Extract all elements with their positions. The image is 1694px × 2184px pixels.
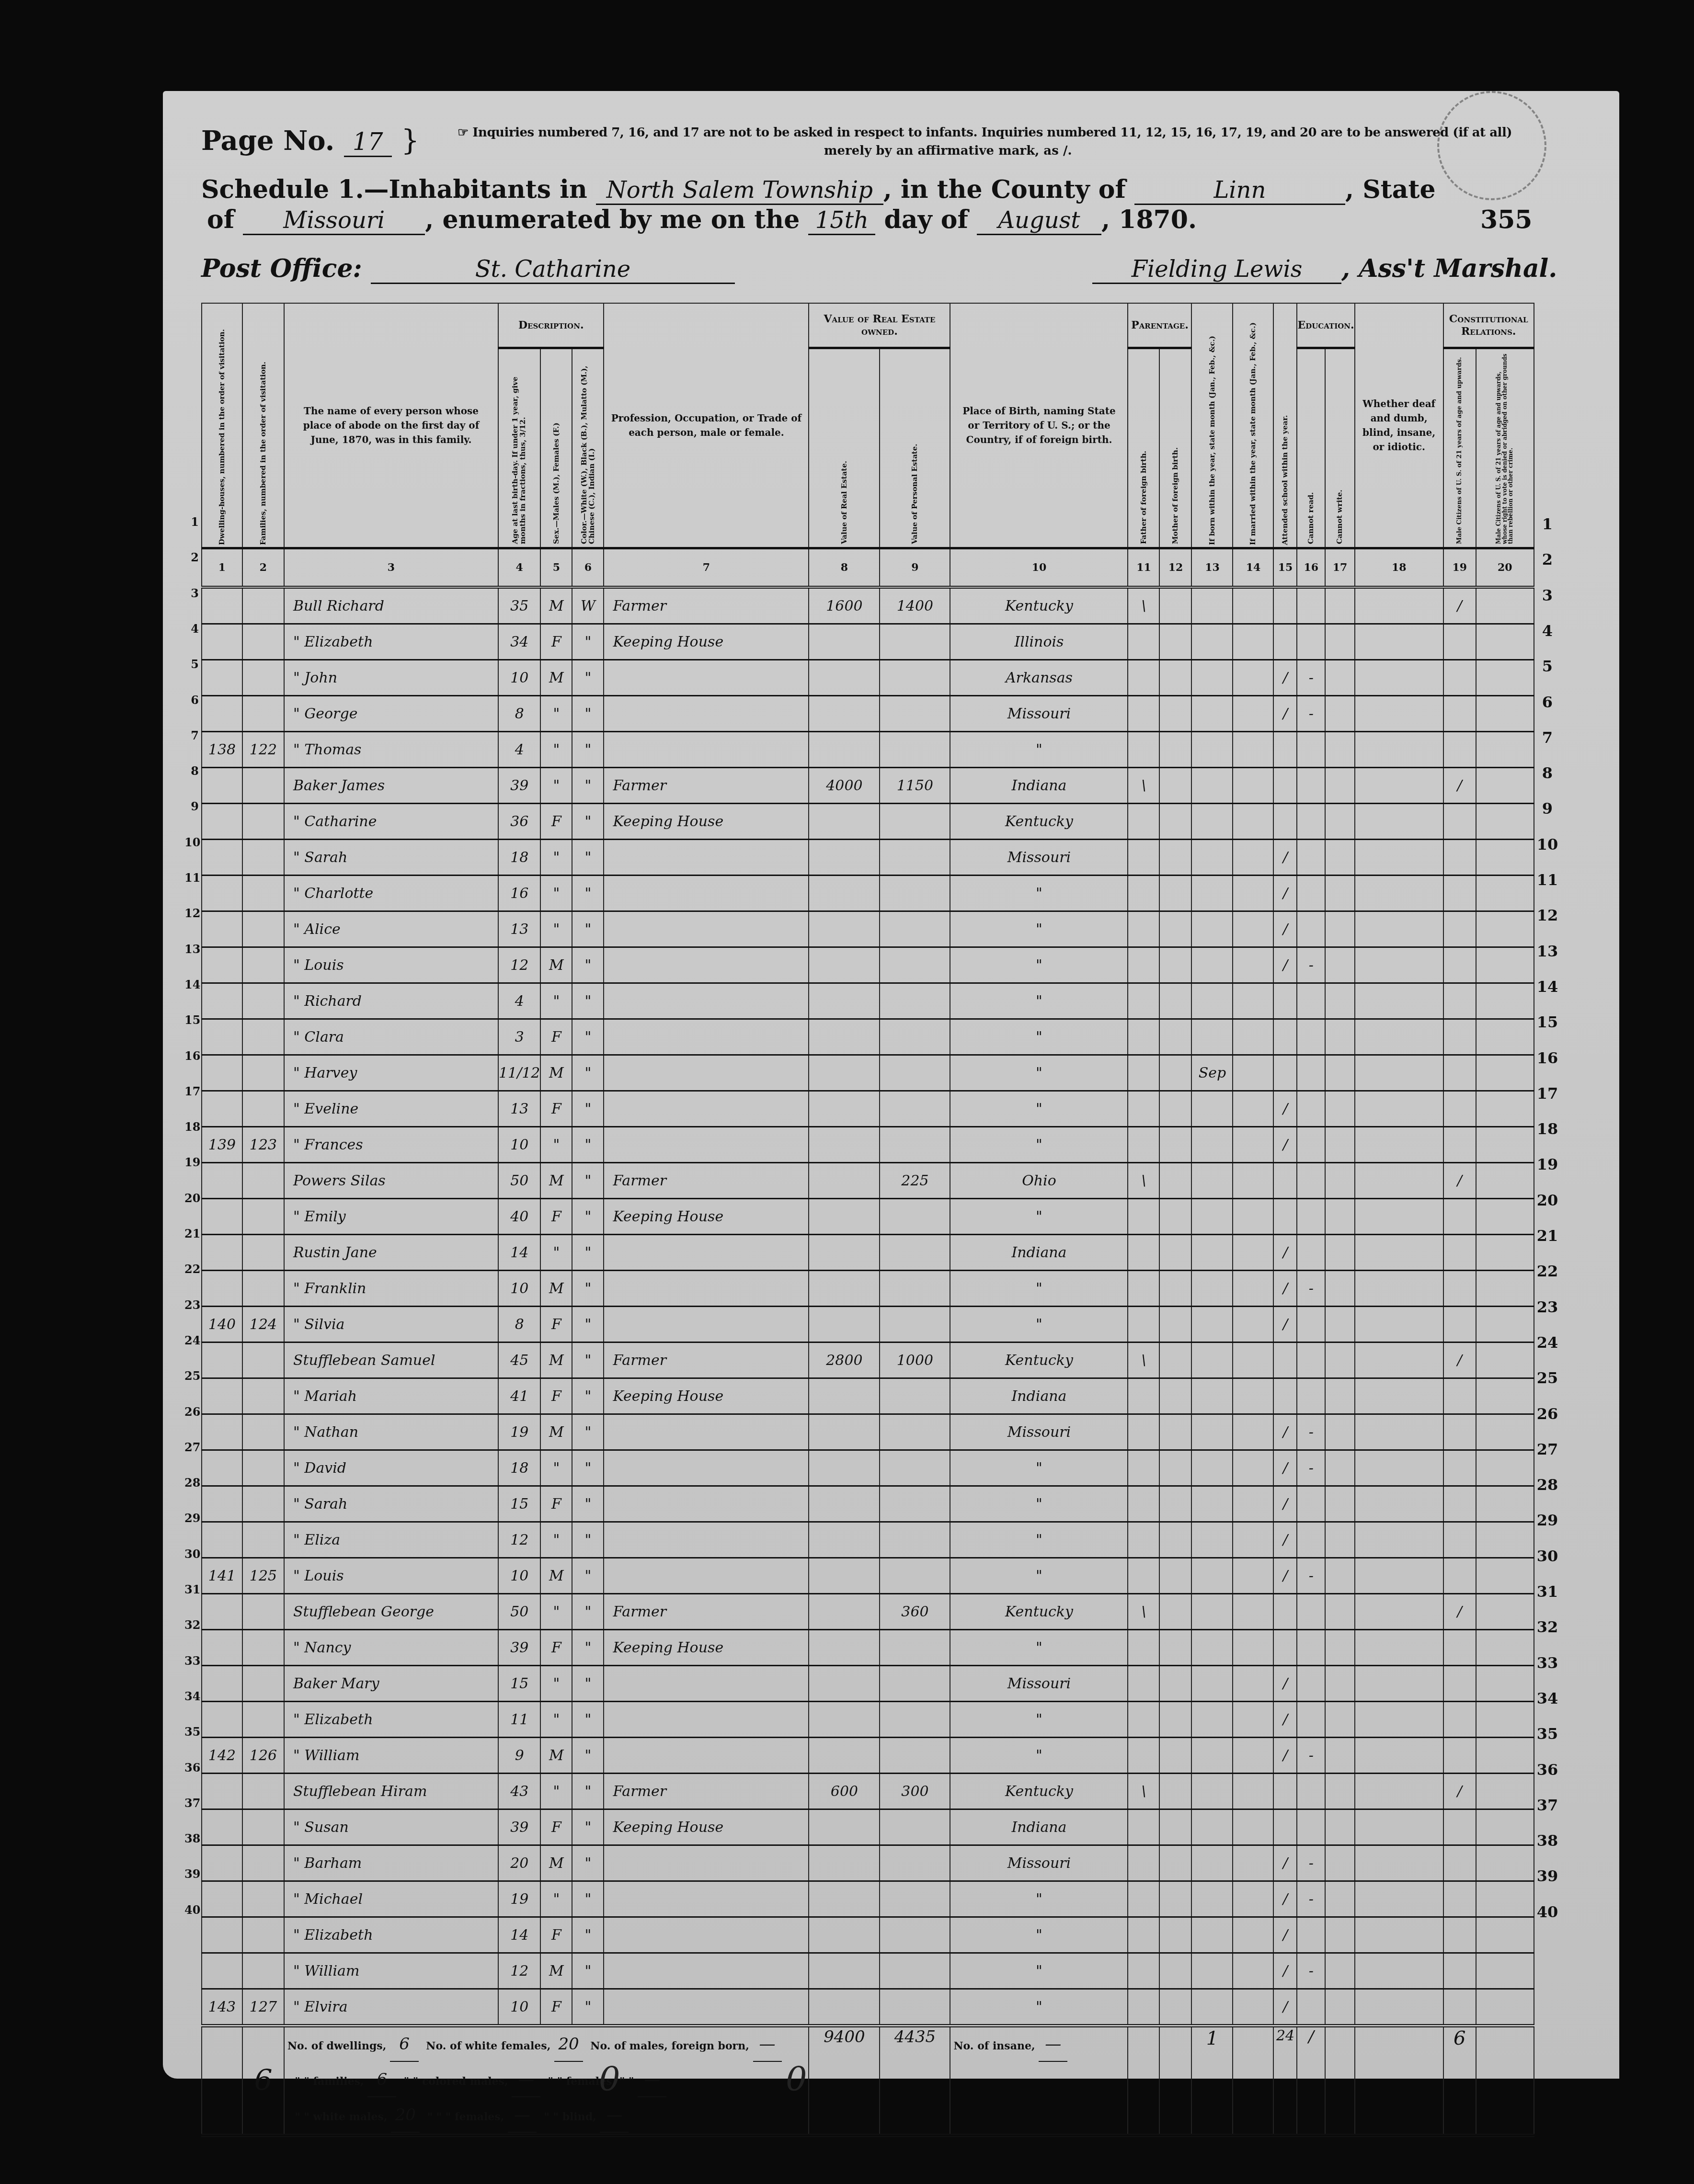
mother-foreign	[1159, 1342, 1191, 1378]
cannot-read-mark: -	[1297, 1953, 1325, 1989]
cannot-read-mark	[1297, 1594, 1325, 1630]
father-foreign-mark: \	[1128, 1594, 1159, 1630]
person-name: Rustin Jane	[284, 1235, 498, 1271]
dwelling-number	[202, 624, 242, 660]
occupation	[604, 1989, 809, 2026]
born-within-year	[1191, 1163, 1233, 1199]
father-foreign-mark	[1128, 1127, 1159, 1163]
line-number-left: 26	[184, 1405, 199, 1419]
family-number	[242, 911, 284, 947]
married-within-year	[1233, 660, 1273, 696]
occupation	[604, 840, 809, 876]
deaf-blind-insane	[1355, 624, 1443, 660]
born-within-year	[1191, 1738, 1233, 1774]
deaf-blind-insane	[1355, 1845, 1443, 1881]
personal-estate-value	[880, 1235, 950, 1271]
married-within-year	[1233, 1953, 1273, 1989]
cannot-read-mark	[1297, 1809, 1325, 1845]
attended-school-mark: /	[1273, 696, 1297, 732]
person-name: " Alice	[284, 911, 498, 947]
born-within-year	[1191, 1019, 1233, 1055]
real-estate-value	[809, 1199, 880, 1235]
color: "	[572, 696, 604, 732]
deaf-blind-insane	[1355, 1774, 1443, 1809]
summary-col18	[1355, 2026, 1443, 2136]
attended-school-mark: /	[1273, 840, 1297, 876]
family-number	[242, 1342, 284, 1378]
line-number-right: 19	[1533, 1155, 1562, 1173]
attended-school-mark: /	[1273, 1307, 1297, 1342]
cannot-read-mark	[1297, 1702, 1325, 1738]
color: "	[572, 1666, 604, 1702]
birthplace: Kentucky	[950, 1774, 1128, 1809]
occupation: Farmer	[604, 1342, 809, 1378]
born-within-year	[1191, 1845, 1233, 1881]
father-foreign-mark	[1128, 1702, 1159, 1738]
line-number-right: 31	[1533, 1582, 1562, 1601]
age: 15	[498, 1666, 540, 1702]
personal-estate-value: 1000	[880, 1342, 950, 1378]
birthplace: Missouri	[950, 1845, 1128, 1881]
attended-school-mark: /	[1273, 1738, 1297, 1774]
males-foreign-label: No. of males, foreign born,	[590, 2040, 749, 2052]
attended-school-mark	[1273, 1378, 1297, 1414]
column-header-row: Dwelling-houses, numbered in the order o…	[202, 303, 1534, 348]
sex: F	[540, 1486, 572, 1522]
families-label: " " families,	[295, 2075, 364, 2088]
color: "	[572, 660, 604, 696]
birthplace: "	[950, 1702, 1128, 1738]
occupation	[604, 1953, 809, 1989]
male-citizen-mark	[1443, 732, 1476, 768]
blind-label: " " blind,	[544, 2111, 596, 2123]
color: "	[572, 840, 604, 876]
sex: M	[540, 947, 572, 983]
cannot-read-mark	[1297, 1917, 1325, 1953]
person-name: " Thomas	[284, 732, 498, 768]
dwelling-number	[202, 1845, 242, 1881]
attended-school-mark: /	[1273, 1091, 1297, 1127]
color: "	[572, 1127, 604, 1163]
personal-estate-value	[880, 804, 950, 840]
line-number-right: 2	[1533, 550, 1562, 569]
family-number	[242, 804, 284, 840]
sex: M	[540, 1845, 572, 1881]
attended-school-mark: /	[1273, 1702, 1297, 1738]
table-row: Bull Richard35MWFarmer16001400Kentucky\/	[202, 587, 1534, 624]
line-number-right: 26	[1533, 1405, 1562, 1423]
attended-school-mark: /	[1273, 1127, 1297, 1163]
color: "	[572, 1845, 604, 1881]
cannot-write	[1325, 1378, 1354, 1414]
sex: M	[540, 587, 572, 624]
cannot-read-mark	[1297, 876, 1325, 911]
col-header-13: If born within the year, state month (Ja…	[1191, 303, 1233, 548]
birthplace: "	[950, 1055, 1128, 1091]
birthplace: Indiana	[950, 1378, 1128, 1414]
dwelling-number	[202, 1414, 242, 1450]
dwelling-number	[202, 696, 242, 732]
personal-estate-value	[880, 1055, 950, 1091]
father-foreign-mark	[1128, 1881, 1159, 1917]
table-row: " David18"""/-	[202, 1450, 1534, 1486]
mother-foreign	[1159, 1702, 1191, 1738]
family-number	[242, 1378, 284, 1414]
cannot-read-mark	[1297, 840, 1325, 876]
father-foreign-mark	[1128, 1019, 1159, 1055]
male-citizen-mark: /	[1443, 1163, 1476, 1199]
real-estate-total: 9400	[809, 2026, 880, 2136]
col-header-11: Father of foreign birth.	[1128, 348, 1159, 548]
mother-foreign	[1159, 696, 1191, 732]
col-label-13: If born within the year, state month (Ja…	[1208, 304, 1217, 547]
table-row: " Susan39F"Keeping HouseIndiana	[202, 1809, 1534, 1845]
brace: }	[401, 124, 419, 157]
column-number-row: 1234567891011121314151617181920	[202, 548, 1534, 588]
occupation	[604, 947, 809, 983]
table-row: 138122" Thomas4"""	[202, 732, 1534, 768]
occupation	[604, 1845, 809, 1881]
mother-foreign	[1159, 1414, 1191, 1450]
color: "	[572, 1019, 604, 1055]
married-within-year	[1233, 1666, 1273, 1702]
born-within-year	[1191, 1307, 1233, 1342]
male-citizen-mark	[1443, 1450, 1476, 1486]
col-label-20: Male Citizens of U. S. of 21 years of ag…	[1495, 351, 1515, 546]
birthplace: Ohio	[950, 1163, 1128, 1199]
birthplace: "	[950, 1199, 1128, 1235]
cannot-write	[1325, 947, 1354, 983]
sex: "	[540, 1522, 572, 1558]
real-estate-value	[809, 660, 880, 696]
age: 14	[498, 1235, 540, 1271]
color: "	[572, 1271, 604, 1307]
mother-foreign	[1159, 1091, 1191, 1127]
mother-foreign	[1159, 1199, 1191, 1235]
schedule-line: Schedule 1.—Inhabitants in North Salem T…	[201, 175, 1436, 205]
married-within-year	[1233, 587, 1273, 624]
family-number	[242, 624, 284, 660]
real-estate-value	[809, 1486, 880, 1522]
personal-estate-value	[880, 1845, 950, 1881]
male-citizen-mark	[1443, 1091, 1476, 1127]
vote-denied	[1476, 1414, 1534, 1450]
born-within-year	[1191, 947, 1233, 983]
page-number-value: 17	[344, 128, 392, 157]
column-number-10: 10	[950, 548, 1128, 588]
line-number-right: 9	[1533, 799, 1562, 818]
color: "	[572, 1774, 604, 1809]
dwelling-number: 141	[202, 1558, 242, 1594]
family-number	[242, 587, 284, 624]
family-number	[242, 1881, 284, 1917]
real-estate-value	[809, 1127, 880, 1163]
birthplace: "	[950, 1738, 1128, 1774]
male-citizen-mark	[1443, 1019, 1476, 1055]
line-number-right: 7	[1533, 728, 1562, 747]
vote-denied	[1476, 1055, 1534, 1091]
real-estate-value	[809, 1055, 880, 1091]
summary-col13-total: 1	[1191, 2026, 1233, 2136]
line-number-left: 38	[184, 1831, 199, 1845]
line-number-right: 4	[1533, 622, 1562, 640]
table-row: " Michael19"""/-	[202, 1881, 1534, 1917]
vote-denied	[1476, 1271, 1534, 1307]
male-citizen-mark: /	[1443, 1774, 1476, 1809]
cannot-write	[1325, 1845, 1354, 1881]
table-row: " Barham20M"Missouri/-	[202, 1845, 1534, 1881]
color: "	[572, 1055, 604, 1091]
instructions-line-2: merely by an affirmative mark, as /.	[824, 144, 1072, 158]
dwelling-number: 140	[202, 1307, 242, 1342]
attended-school-mark	[1273, 624, 1297, 660]
personal-estate-value	[880, 1127, 950, 1163]
line-number-left: 31	[184, 1582, 199, 1596]
personal-estate-value	[880, 624, 950, 660]
real-estate-value	[809, 947, 880, 983]
father-foreign-mark	[1128, 1989, 1159, 2026]
cannot-write	[1325, 1953, 1354, 1989]
line-number-right: 21	[1533, 1227, 1562, 1245]
personal-estate-value	[880, 911, 950, 947]
age: 14	[498, 1917, 540, 1953]
real-estate-value: 4000	[809, 768, 880, 804]
deaf-blind-insane	[1355, 1019, 1443, 1055]
birthplace: Arkansas	[950, 660, 1128, 696]
mother-foreign	[1159, 660, 1191, 696]
male-citizen-mark	[1443, 804, 1476, 840]
color: "	[572, 1702, 604, 1738]
married-within-year	[1233, 1630, 1273, 1666]
real-estate-value	[809, 1450, 880, 1486]
col-header-1: Dwelling-houses, numbered in the order o…	[202, 303, 242, 548]
person-name: " Eliza	[284, 1522, 498, 1558]
male-citizen-mark	[1443, 1127, 1476, 1163]
personal-estate-value: 225	[880, 1163, 950, 1199]
cannot-write	[1325, 876, 1354, 911]
real-estate-value	[809, 1091, 880, 1127]
table-row: Rustin Jane14""Indiana/	[202, 1235, 1534, 1271]
father-foreign-mark	[1128, 983, 1159, 1019]
father-foreign-mark	[1128, 1055, 1159, 1091]
sex: M	[540, 1271, 572, 1307]
attended-school-mark: /	[1273, 1917, 1297, 1953]
age: 19	[498, 1881, 540, 1917]
birthplace: Indiana	[950, 768, 1128, 804]
birthplace: "	[950, 1558, 1128, 1594]
vote-denied	[1476, 1738, 1534, 1774]
birthplace: "	[950, 1630, 1128, 1666]
mother-foreign	[1159, 1953, 1191, 1989]
enumerated-label: , enumerated by me on the	[425, 205, 800, 234]
line-number-right: 33	[1533, 1654, 1562, 1672]
deaf-blind-insane	[1355, 1953, 1443, 1989]
father-foreign-mark: \	[1128, 1163, 1159, 1199]
colored-females-label: " " " females,	[427, 2111, 504, 2123]
schedule-label: Schedule 1.—Inhabitants in	[201, 175, 587, 204]
dwelling-number	[202, 1953, 242, 1989]
cannot-write	[1325, 840, 1354, 876]
birthplace: "	[950, 1271, 1128, 1307]
deaf-blind-insane	[1355, 660, 1443, 696]
table-row: " Nancy39F"Keeping House"	[202, 1630, 1534, 1666]
age: 40	[498, 1199, 540, 1235]
vote-denied	[1476, 1881, 1534, 1917]
summary-col17	[1325, 2026, 1354, 2136]
line-number-left: 7	[184, 728, 199, 742]
real-estate-value: 600	[809, 1774, 880, 1809]
vote-denied	[1476, 876, 1534, 911]
table-row: 141125" Louis10M""/-	[202, 1558, 1534, 1594]
state-label: , State	[1345, 175, 1436, 204]
table-row: " Louis12M""/-	[202, 947, 1534, 983]
father-foreign-mark	[1128, 1235, 1159, 1271]
deaf-blind-insane	[1355, 1486, 1443, 1522]
birthplace: Indiana	[950, 1235, 1128, 1271]
cannot-read-mark: -	[1297, 1414, 1325, 1450]
deaf-blind-insane	[1355, 1271, 1443, 1307]
born-within-year	[1191, 1450, 1233, 1486]
summary-col14	[1233, 2026, 1273, 2136]
line-number-right: 32	[1533, 1618, 1562, 1636]
table-row: 140124" Silvia8F""/	[202, 1307, 1534, 1342]
age: 12	[498, 947, 540, 983]
table-row: Stufflebean Samuel45M"Farmer28001000Kent…	[202, 1342, 1534, 1378]
cannot-read-mark	[1297, 1163, 1325, 1199]
dwelling-number	[202, 587, 242, 624]
born-within-year	[1191, 1199, 1233, 1235]
married-within-year	[1233, 1235, 1273, 1271]
married-within-year	[1233, 947, 1273, 983]
cannot-write	[1325, 1450, 1354, 1486]
cannot-read-mark	[1297, 1774, 1325, 1809]
father-foreign-mark	[1128, 1378, 1159, 1414]
married-within-year	[1233, 1917, 1273, 1953]
page-no-label-text: Page No.	[201, 125, 334, 157]
personal-estate-value	[880, 1486, 950, 1522]
attended-school-mark: /	[1273, 1881, 1297, 1917]
line-number-right: 22	[1533, 1262, 1562, 1280]
dwelling-number	[202, 1917, 242, 1953]
attended-school-mark: /	[1273, 876, 1297, 911]
mother-foreign	[1159, 1486, 1191, 1522]
occupation	[604, 1450, 809, 1486]
column-number-12: 12	[1159, 548, 1191, 588]
sex: F	[540, 1809, 572, 1845]
male-citizen-mark	[1443, 1235, 1476, 1271]
father-foreign-mark: \	[1128, 1774, 1159, 1809]
male-citizen-mark	[1443, 1809, 1476, 1845]
sex: "	[540, 911, 572, 947]
attended-school-mark: /	[1273, 1450, 1297, 1486]
received-stamp	[1437, 91, 1546, 200]
table-row: " John10M"Arkansas/-	[202, 660, 1534, 696]
family-number	[242, 696, 284, 732]
person-name: " Catharine	[284, 804, 498, 840]
real-estate-value	[809, 1271, 880, 1307]
dwelling-number	[202, 1774, 242, 1809]
deaf-blind-insane	[1355, 1235, 1443, 1271]
mother-foreign	[1159, 1127, 1191, 1163]
born-within-year	[1191, 804, 1233, 840]
sex: M	[540, 660, 572, 696]
birthplace: Kentucky	[950, 1342, 1128, 1378]
sex: F	[540, 1630, 572, 1666]
col-label-2: Families, numbered in the order of visit…	[259, 304, 268, 547]
born-within-year	[1191, 983, 1233, 1019]
male-citizen-mark	[1443, 1055, 1476, 1091]
color: "	[572, 1235, 604, 1271]
cannot-write	[1325, 768, 1354, 804]
line-number-right: 10	[1533, 835, 1562, 853]
summary-line-3: " " white males, 20 " " " females, — " "…	[287, 2098, 808, 2134]
person-name: " Nathan	[284, 1414, 498, 1450]
color: W	[572, 587, 604, 624]
deaf-blind-insane	[1355, 1594, 1443, 1630]
group-header-parentage: Parentage.	[1128, 303, 1191, 348]
mother-foreign	[1159, 732, 1191, 768]
sex: F	[540, 804, 572, 840]
attended-school-mark: /	[1273, 1235, 1297, 1271]
color: "	[572, 1450, 604, 1486]
group-header-education: Education.	[1297, 303, 1354, 348]
color: "	[572, 1558, 604, 1594]
cannot-write	[1325, 1594, 1354, 1630]
dwelling-number	[202, 1091, 242, 1127]
birthplace: "	[950, 732, 1128, 768]
birthplace: "	[950, 1486, 1128, 1522]
mother-foreign	[1159, 1235, 1191, 1271]
age: 3	[498, 1019, 540, 1055]
cannot-write	[1325, 1774, 1354, 1809]
deaf-blind-insane	[1355, 1558, 1443, 1594]
column-number-6: 6	[572, 548, 604, 588]
real-estate-value	[809, 1666, 880, 1702]
cannot-read-mark: -	[1297, 1845, 1325, 1881]
mother-foreign	[1159, 1558, 1191, 1594]
person-name: " Franklin	[284, 1271, 498, 1307]
line-number-right: 3	[1533, 586, 1562, 604]
cannot-read-mark	[1297, 1989, 1325, 2026]
line-number-left: 4	[184, 622, 199, 636]
mother-foreign	[1159, 1522, 1191, 1558]
age: 19	[498, 1414, 540, 1450]
cannot-write	[1325, 1666, 1354, 1702]
male-citizen-mark	[1443, 1199, 1476, 1235]
person-name: Powers Silas	[284, 1163, 498, 1199]
father-foreign-mark	[1128, 1809, 1159, 1845]
father-foreign-mark	[1128, 1738, 1159, 1774]
column-number-19: 19	[1443, 548, 1476, 588]
vote-denied	[1476, 696, 1534, 732]
summary-col19-total: 6	[1443, 2026, 1476, 2136]
birthplace: Kentucky	[950, 1594, 1128, 1630]
deaf-blind-insane	[1355, 1342, 1443, 1378]
vote-denied	[1476, 1163, 1534, 1199]
family-number	[242, 1271, 284, 1307]
sex: F	[540, 1199, 572, 1235]
born-within-year	[1191, 1342, 1233, 1378]
cannot-write	[1325, 587, 1354, 624]
family-number	[242, 1055, 284, 1091]
cannot-read-mark	[1297, 1342, 1325, 1378]
personal-estate-value	[880, 696, 950, 732]
table-row: 142126" William9M""/-	[202, 1738, 1534, 1774]
cannot-write	[1325, 1917, 1354, 1953]
cannot-write	[1325, 1019, 1354, 1055]
deaf-blind-insane	[1355, 1163, 1443, 1199]
line-number-left: 16	[184, 1049, 199, 1063]
